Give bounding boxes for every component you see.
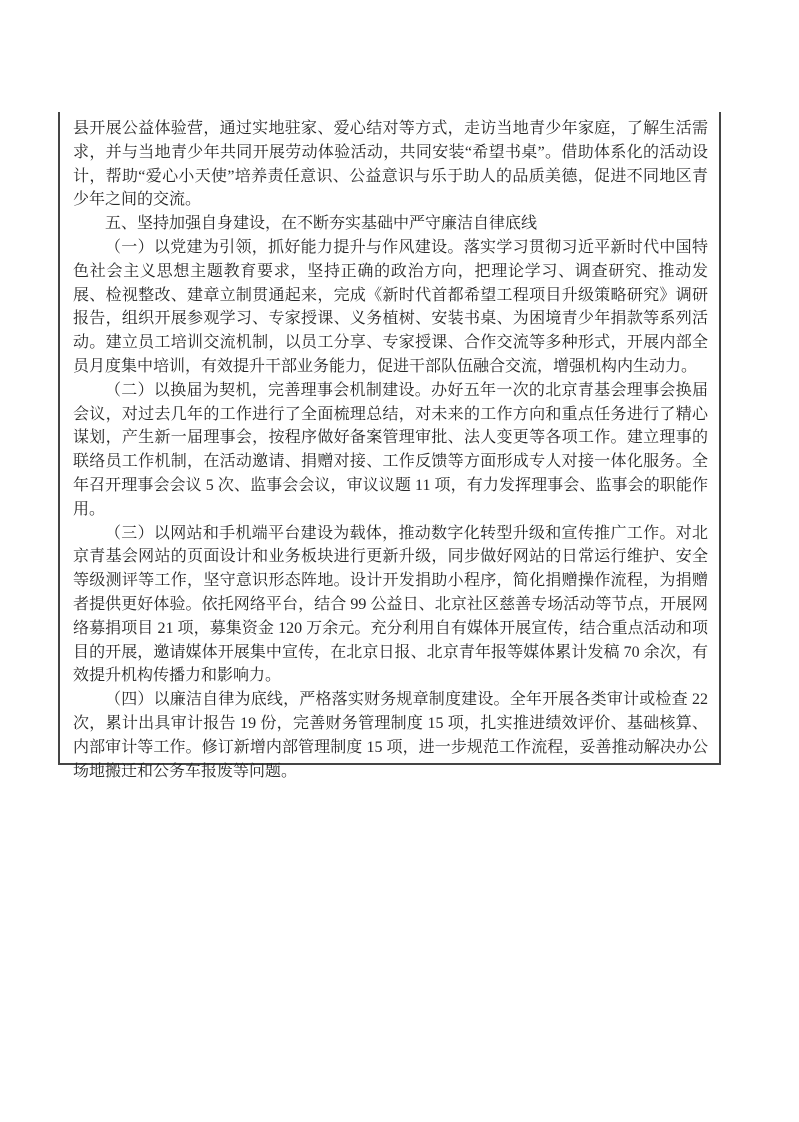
- paragraph-item-1: （一）以党建为引领，抓好能力提升与作风建设。落实学习贯彻习近平新时代中国特色社会…: [73, 236, 708, 379]
- paragraph-item-2: （二）以换届为契机，完善理事会机制建设。办好五年一次的北京青基会理事会换届会议，…: [73, 379, 708, 522]
- continuation-paragraph: 县开展公益体验营，通过实地驻家、爱心结对等方式，走访当地青少年家庭，了解生活需求…: [73, 117, 708, 212]
- table-cell-border: 县开展公益体验营，通过实地驻家、爱心结对等方式，走访当地青少年家庭，了解生活需求…: [58, 112, 721, 765]
- section-heading: 五、坚持加强自身建设，在不断夯实基础中严守廉洁自律底线: [73, 212, 708, 236]
- paragraph-item-4: （四）以廉洁自律为底线，严格落实财务规章制度建设。全年开展各类审计或检查 22 …: [73, 688, 708, 783]
- scanned-document-page: 县开展公益体验营，通过实地驻家、爱心结对等方式，走访当地青少年家庭，了解生活需求…: [0, 0, 799, 1122]
- document-body-text: 县开展公益体验营，通过实地驻家、爱心结对等方式，走访当地青少年家庭，了解生活需求…: [73, 117, 708, 783]
- paragraph-item-3: （三）以网站和手机端平台建设为载体，推动数字化转型升级和宣传推广工作。对北京青基…: [73, 522, 708, 689]
